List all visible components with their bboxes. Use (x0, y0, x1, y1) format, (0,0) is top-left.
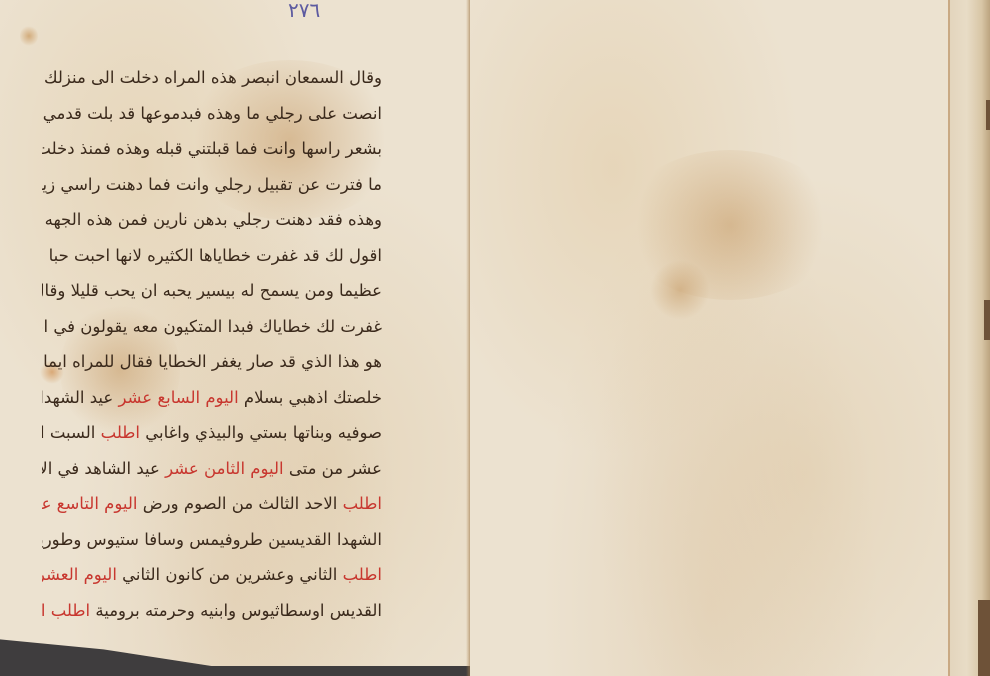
rubric-text: اليوم التاسع عشر (42, 494, 137, 513)
rubric-text: اليوم السابع عشر (118, 388, 238, 407)
body-text: عشر من متى (284, 459, 382, 478)
body-text: الثاني وعشرين من كانون الثاني (117, 565, 343, 584)
rubric-text: اليوم العشرين (42, 565, 117, 584)
body-text: خلصتك اذهبي بسلام (239, 388, 382, 407)
manuscript-line: عظيما ومن يسمح له بيسير يحبه ان يحب قليل… (42, 273, 382, 309)
manuscript-line: الشهدا القديسين طروفيمس وسافا ستيوس وطور… (42, 522, 382, 558)
body-text: وقال السمعان انبصر هذه المراه دخلت الى م… (42, 68, 382, 87)
page-edge (948, 0, 990, 676)
body-text: الشهدا القديسين طروفيمس وسافا ستيوس وطور… (42, 530, 382, 549)
body-text: عيد الشهدا (42, 388, 118, 407)
manuscript-line: وقال السمعان انبصر هذه المراه دخلت الى م… (42, 60, 382, 96)
manuscript-line: انصت على رجلي ما وهذه فبدموعها قد بلت قد… (42, 96, 382, 132)
left-page: ٢٧٦ وقال السمعان انبصر هذه المراه دخلت ا… (0, 0, 470, 666)
water-stain (650, 260, 710, 320)
body-text: الاحد الثالث من الصوم ورض (137, 494, 342, 513)
rubric-text: اطلب السابع من (42, 601, 90, 620)
rubric-text: اطلب (343, 565, 382, 584)
right-page: اطلب الحادي عشر من سبر الثاني اليوم السا… (470, 0, 948, 676)
body-text: عظيما ومن يسمح له بيسير يحبه ان يحب قليل… (42, 281, 382, 300)
manuscript-line: بشعر راسها وانت فما قبلتني قبله وهذه فمن… (42, 131, 382, 167)
manuscript-line: هو هذا الذي قد صار يغفر الخطايا فقال للم… (42, 344, 382, 380)
body-text: اقول لك قد غفرت خطاياها الكثيره لانها اح… (49, 246, 382, 265)
manuscript-line: اطلب الاحد الثالث من الصوم ورض اليوم الت… (42, 486, 382, 522)
edge-damage (986, 100, 990, 130)
manuscript-line: اقول لك قد غفرت خطاياها الكثيره لانها اح… (42, 238, 382, 274)
ink-spot (20, 25, 38, 47)
manuscript-line: صوفيه وبناتها بستي والبيذي واغابي اطلب ا… (42, 415, 382, 451)
manuscript-line: عشر من متى اليوم الثامن عشر عيد الشاهد ف… (42, 451, 382, 487)
manuscript-line: خلصتك اذهبي بسلام اليوم السابع عشر عيد ا… (42, 380, 382, 416)
body-text: ما فترت عن تقبيل رجلي وانت فما دهنت راسي… (42, 175, 382, 194)
body-text: عيد الشاهد في الابرار رسوسته (42, 459, 165, 478)
rubric-text: اطلب (343, 494, 382, 513)
manuscript-line: القديس اوسطاثيوس وابنيه وحرمته برومية اط… (42, 593, 382, 629)
body-text: السبت السادس (42, 423, 101, 442)
body-text: هو هذا الذي قد صار يغفر الخطايا فقال للم… (42, 352, 382, 371)
edge-damage (984, 300, 990, 340)
body-text: غفرت لك خطاياك فبدا المتكيون معه يقولون … (42, 317, 382, 336)
manuscript-line: غفرت لك خطاياك فبدا المتكيون معه يقولون … (42, 309, 382, 345)
manuscript-line: اطلب الثاني وعشرين من كانون الثاني اليوم… (42, 557, 382, 593)
manuscript-line: ما فترت عن تقبيل رجلي وانت فما دهنت راسي… (42, 167, 382, 203)
edge-damage (978, 600, 990, 676)
left-page-text: وقال السمعان انبصر هذه المراه دخلت الى م… (42, 60, 382, 628)
rubric-text: اطلب (101, 423, 140, 442)
manuscript-line: وهذه فقد دهنت رجلي بدهن نارين فمن هذه ال… (42, 202, 382, 238)
body-text: صوفيه وبناتها بستي والبيذي واغابي (140, 423, 382, 442)
folio-number: ٢٧٦ (288, 0, 320, 22)
rubric-text: اليوم الثامن عشر (165, 459, 284, 478)
body-text: انصت على رجلي ما وهذه فبدموعها قد بلت قد… (42, 104, 382, 123)
body-text: القديس اوسطاثيوس وابنيه وحرمته برومية (90, 601, 382, 620)
body-text: بشعر راسها وانت فما قبلتني قبله وهذه فمن… (42, 139, 382, 158)
manuscript-spread: ٢٧٦ وقال السمعان انبصر هذه المراه دخلت ا… (0, 0, 990, 676)
body-text: وهذه فقد دهنت رجلي بدهن نارين فمن هذه ال… (45, 210, 382, 229)
